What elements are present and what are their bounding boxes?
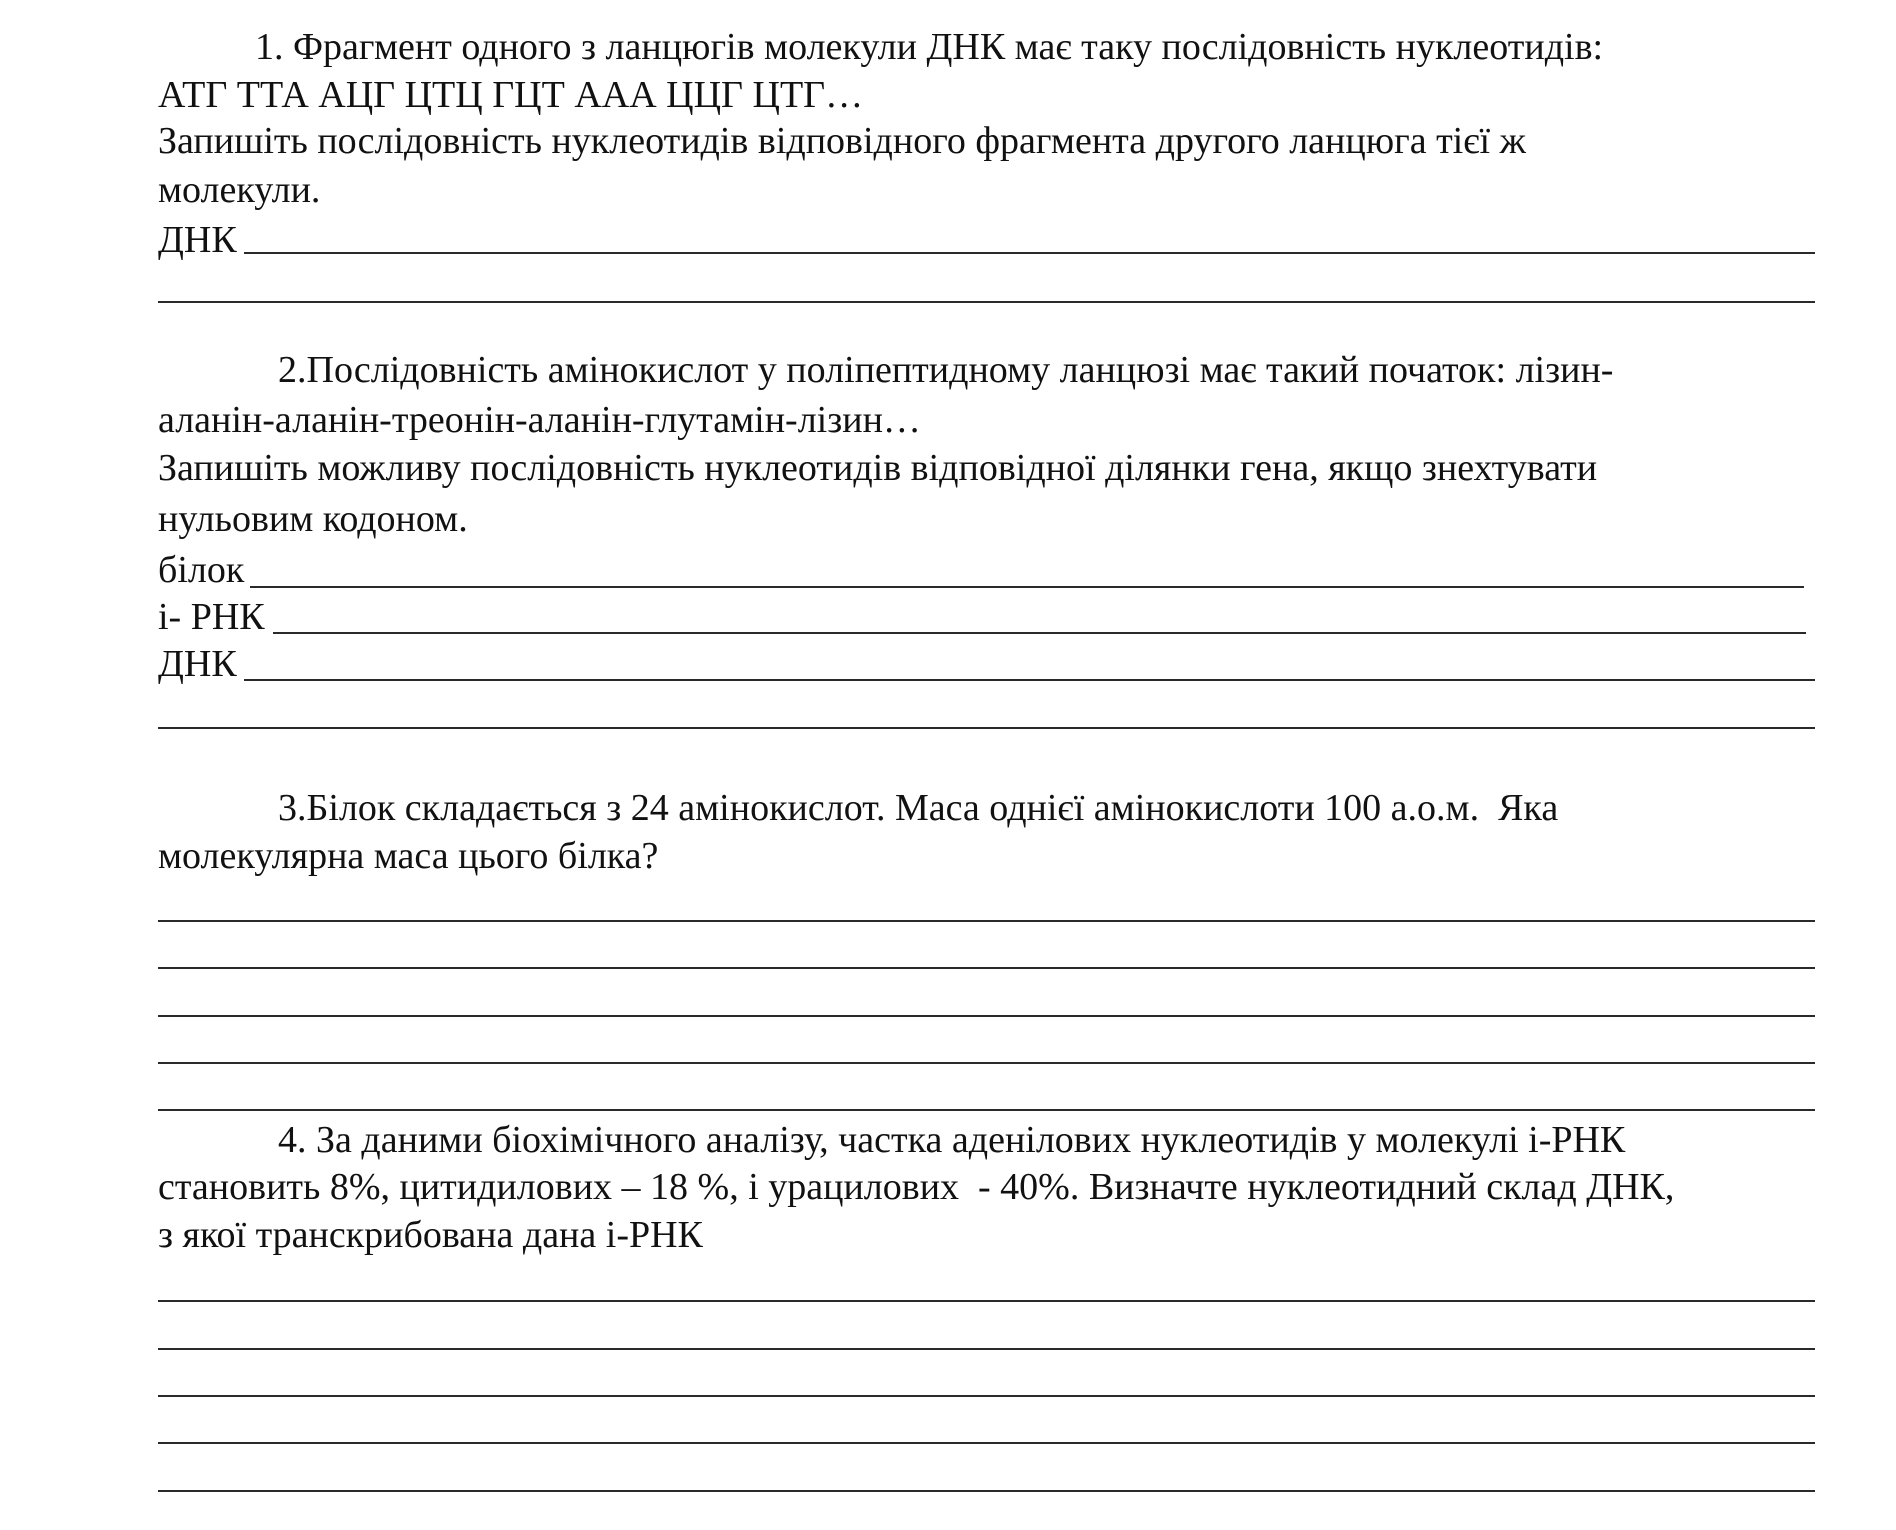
answer-label-dna: ДНК [158,221,237,259]
task-2-heading: 2.Послідовність амінокислот у поліпептид… [278,351,1613,389]
answer-line[interactable] [158,920,1815,922]
task-4-question-end: з якої транскрибована дана і-РНК [158,1216,703,1254]
answer-line[interactable] [158,967,1815,969]
answer-line-blank[interactable] [158,301,1815,303]
answer-line[interactable] [158,1442,1815,1444]
answer-line[interactable] [158,1348,1815,1350]
answer-line[interactable] [250,586,1804,588]
task-2-amino-sequence: аланін-аланін-треонін-аланін-глутамін-лі… [158,401,921,439]
task-1-instruction: Запишіть послідовність нуклеотидів відпо… [158,122,1526,160]
task-1-instruction-cont: молекули. [158,171,320,209]
answer-line[interactable] [158,1490,1815,1492]
answer-line[interactable] [158,1109,1815,1111]
answer-label-dna: ДНК [158,645,237,683]
answer-line[interactable] [273,632,1806,634]
task-4-question-cont: становить 8%, цитидилових – 18 %, і урац… [158,1168,1674,1206]
task-2-instruction: Запишіть можливу послідовність нуклеотид… [158,449,1597,487]
answer-line-blank[interactable] [158,727,1815,729]
task-1-dna-sequence: АТГ ТТА АЦГ ЦТЦ ГЦТ ААА ЦЦГ ЦТГ… [158,76,863,114]
task-3-question-cont: молекулярна маса цього білка? [158,837,658,875]
answer-line[interactable] [158,1062,1815,1064]
answer-label-mrna: і- РНК [158,598,265,636]
answer-label-protein: білок [158,551,244,589]
task-1-heading: 1. Фрагмент одного з ланцюгів молекули Д… [255,28,1603,66]
answer-line[interactable] [158,1015,1815,1017]
answer-line[interactable] [158,1395,1815,1397]
task-2-instruction-cont: нульовим кодоном. [158,500,468,538]
answer-line[interactable] [244,252,1815,254]
answer-line[interactable] [158,1300,1815,1302]
answer-line[interactable] [244,679,1815,681]
task-3-heading: 3.Білок складається з 24 амінокислот. Ма… [278,789,1558,827]
task-4-heading: 4. За даними біохімічного аналізу, частк… [278,1121,1625,1159]
